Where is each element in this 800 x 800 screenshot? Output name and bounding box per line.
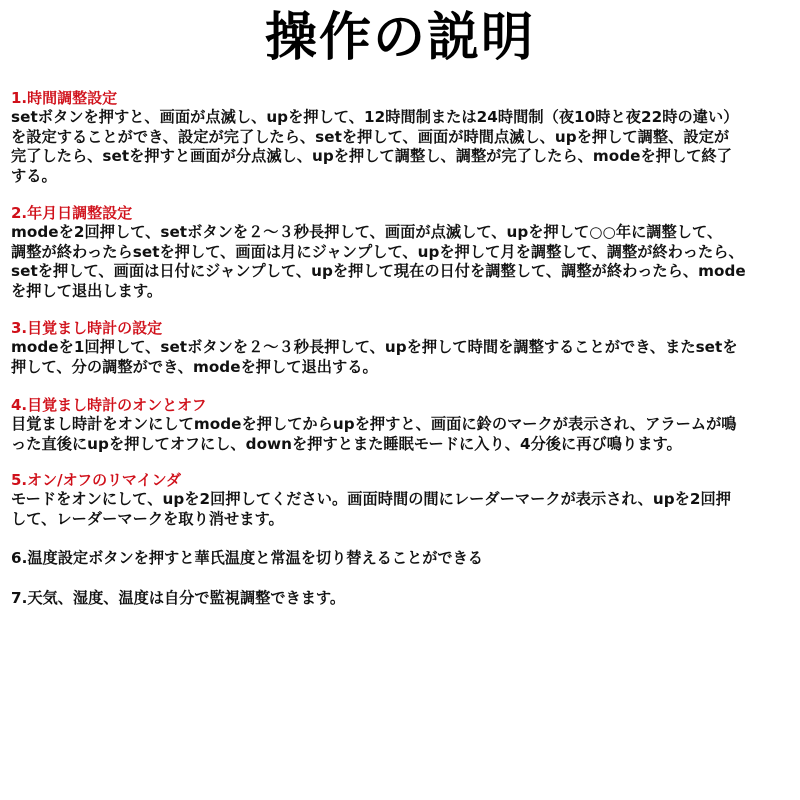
section-text-line: setボタンを押すと、画面が点滅し、upを押して、12時間制または24時間制（夜… [11,108,738,128]
section-text-line: モードをオンにして、upを2回押してください。画面時間の間にレーダーマークが表示… [11,490,731,510]
item-monitoring: 7.天気、湿度、温度は自分で監視調整できます。 [11,588,345,608]
section-text-line: った直後にupを押してオフにし、downを押すとまた睡眠モードに入り、4分後に再… [11,435,737,455]
section-reminder-on-off: 5.オン/オフのリマインダ モードをオンにして、upを2回押してください。画面時… [11,470,731,529]
section-text-line: を設定することができ、設定が完了したら、setを押して、画面が時間点滅し、upを… [11,128,738,148]
section-text-line: する。 [11,167,738,187]
section-text-line: して、レーダーマークを取り消せます。 [11,510,731,530]
section-text-line: 調整が終わったらsetを押して、画面は月にジャンプして、upを押して月を調整して… [11,243,746,263]
section-heading: 4.目覚まし時計のオンとオフ [11,395,737,415]
section-text-line: modeを1回押して、setボタンを２～３秒長押して、upを押して時間を調整する… [11,338,738,358]
section-heading: 3.目覚まし時計の設定 [11,318,738,338]
section-alarm-setting: 3.目覚まし時計の設定 modeを1回押して、setボタンを２～３秒長押して、u… [11,318,738,377]
section-text-line: を押して退出します。 [11,282,746,302]
section-text-line: 目覚まし時計をオンにしてmodeを押してからupを押すと、画面に鈴のマークが表示… [11,415,737,435]
section-text-line: 完了したら、setを押すと画面が分点滅し、upを押して調整し、調整が完了したら、… [11,147,738,167]
page-title: 操作の説明 [0,6,800,70]
item-temperature-unit: 6.温度設定ボタンを押すと華氏温度と常温を切り替えることができる [11,548,483,568]
section-alarm-on-off: 4.目覚まし時計のオンとオフ 目覚まし時計をオンにしてmodeを押してからupを… [11,395,737,454]
section-heading: 1.時間調整設定 [11,88,738,108]
section-text-line: setを押して、画面は日付にジャンプして、upを押して現在の日付を調整して、調整… [11,262,746,282]
section-heading: 2.年月日調整設定 [11,203,746,223]
section-text-line: 押して、分の調整ができ、modeを押して退出する。 [11,358,738,378]
section-date-setting: 2.年月日調整設定 modeを2回押して、setボタンを２～３秒長押して、画面が… [11,203,746,301]
section-time-setting: 1.時間調整設定 setボタンを押すと、画面が点滅し、upを押して、12時間制ま… [11,88,738,186]
section-heading: 5.オン/オフのリマインダ [11,470,731,490]
section-text-line: modeを2回押して、setボタンを２～３秒長押して、画面が点滅して、upを押し… [11,223,746,243]
